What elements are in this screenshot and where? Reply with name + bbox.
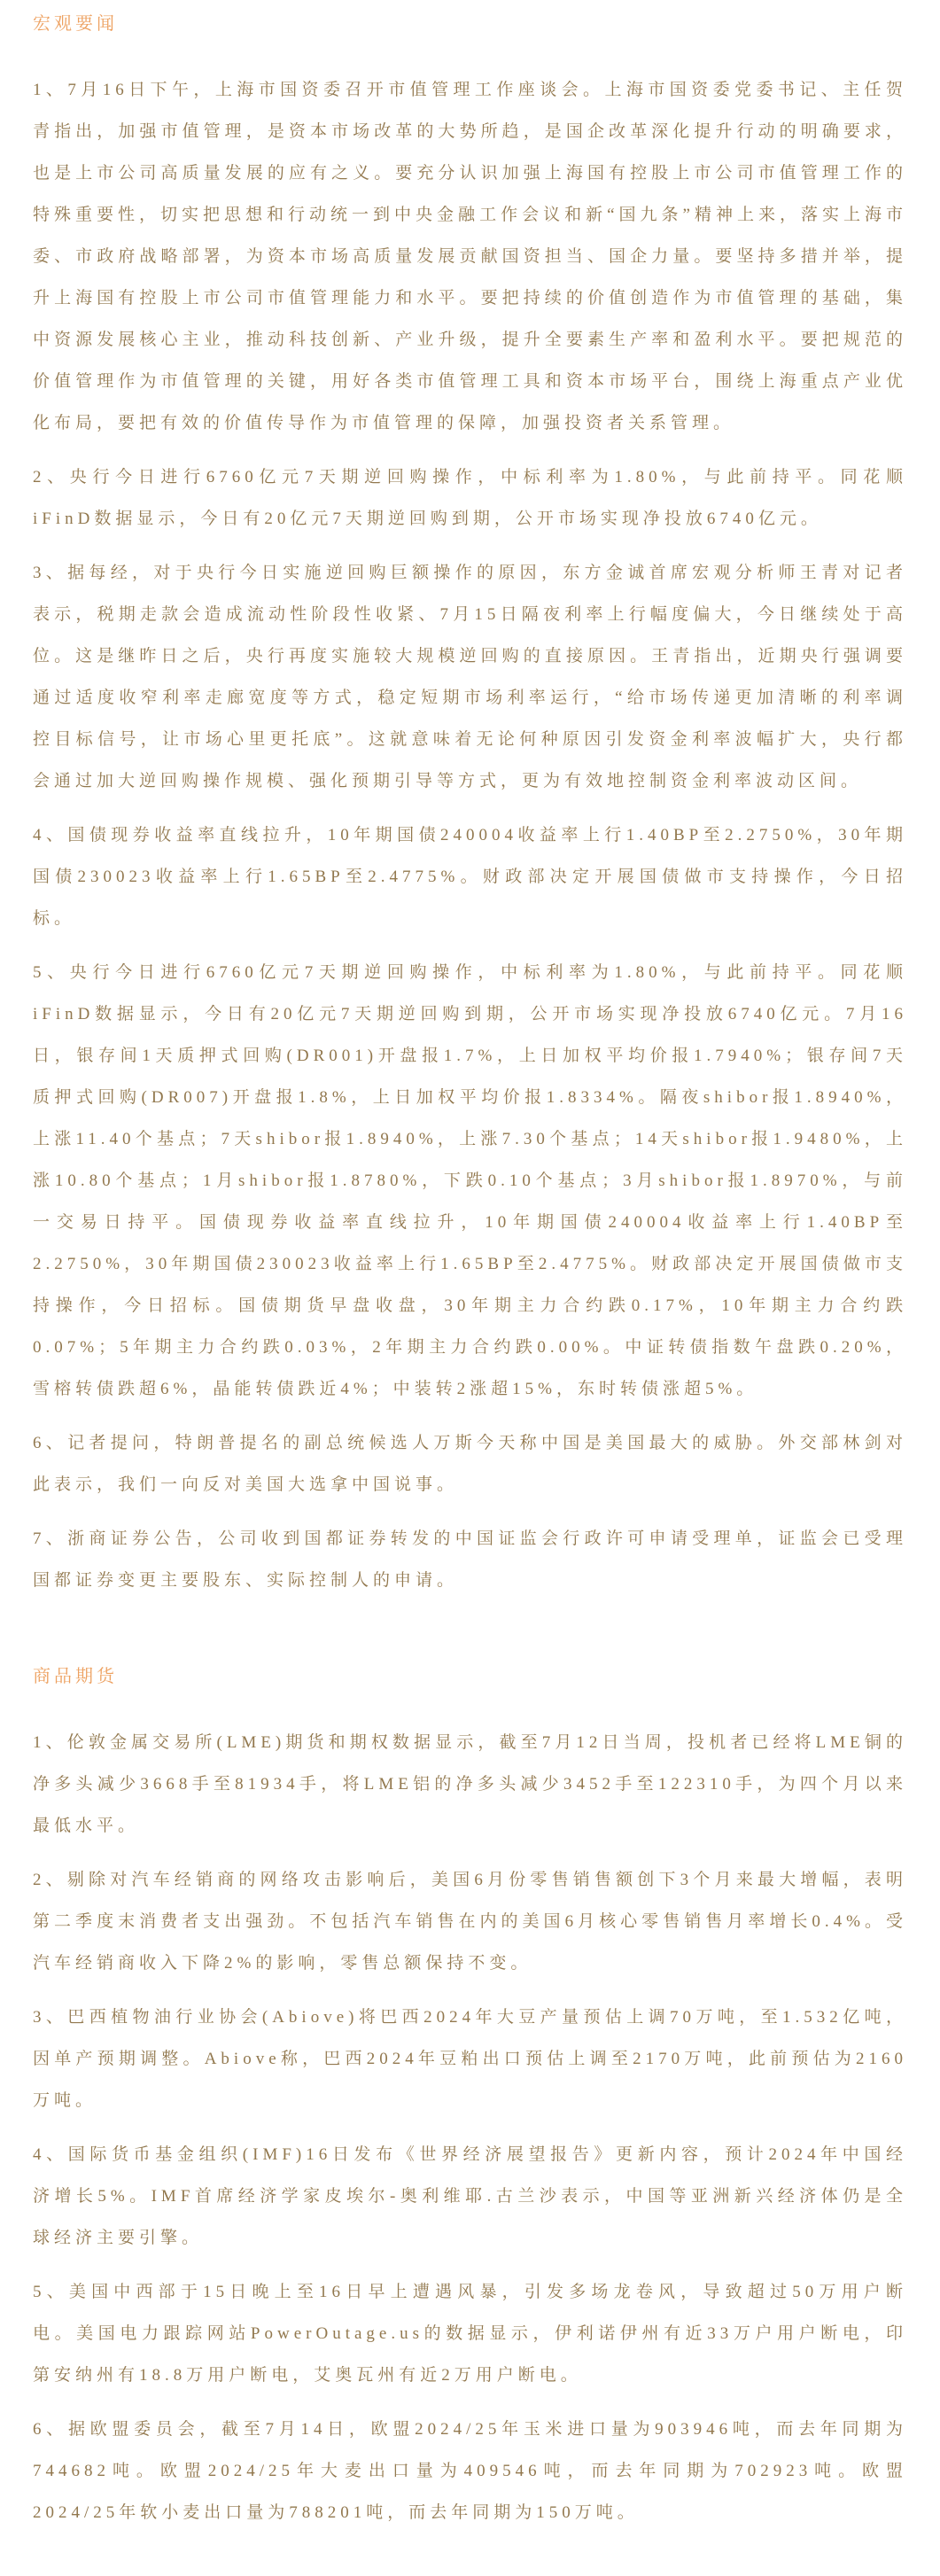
news-paragraph: 2、剔除对汽车经销商的网络攻击影响后，美国6月份零售销售额创下3个月来最大增幅，… (33, 1859, 907, 1984)
news-paragraph: 5、央行今日进行6760亿元7天期逆回购操作，中标利率为1.80%，与此前持平。… (33, 952, 907, 1410)
section-title-macro: 宏观要闻 (33, 12, 907, 35)
news-document: 宏观要闻 1、7月16日下午，上海市国资委召开市值管理工作座谈会。上海市国资委党… (0, 0, 940, 2557)
news-paragraph: 6、记者提问，特朗普提名的副总统候选人万斯今天称中国是美国最大的威胁。外交部林剑… (33, 1422, 907, 1506)
news-paragraph: 3、巴西植物油行业协会(Abiove)将巴西2024年大豆产量预估上调70万吨，… (33, 1996, 907, 2121)
news-paragraph: 1、伦敦金属交易所(LME)期货和期权数据显示，截至7月12日当周，投机者已经将… (33, 1722, 907, 1847)
news-paragraph: 6、据欧盟委员会，截至7月14日，欧盟2024/25年玉米进口量为903946吨… (33, 2409, 907, 2533)
section-macro-news: 宏观要闻 1、7月16日下午，上海市国资委召开市值管理工作座谈会。上海市国资委党… (33, 12, 907, 1601)
section-title-commodity: 商品期货 (33, 1665, 907, 1688)
section-commodity-futures: 商品期货 1、伦敦金属交易所(LME)期货和期权数据显示，截至7月12日当周，投… (33, 1665, 907, 2533)
news-paragraph: 4、国债现券收益率直线拉升，10年期国债240004收益率上行1.40BP至2.… (33, 814, 907, 939)
news-paragraph: 4、国际货币基金组织(IMF)16日发布《世界经济展望报告》更新内容，预计202… (33, 2134, 907, 2259)
news-paragraph: 2、央行今日进行6760亿元7天期逆回购操作，中标利率为1.80%，与此前持平。… (33, 456, 907, 540)
news-paragraph: 5、美国中西部于15日晚上至16日早上遭遇风暴，引发多场龙卷风，导致超过50万用… (33, 2271, 907, 2396)
news-paragraph: 7、浙商证券公告，公司收到国都证券转发的中国证监会行政许可申请受理单，证监会已受… (33, 1518, 907, 1601)
news-paragraph: 1、7月16日下午，上海市国资委召开市值管理工作座谈会。上海市国资委党委书记、主… (33, 69, 907, 444)
news-paragraph: 3、据每经，对于央行今日实施逆回购巨额操作的原因，东方金诚首席宏观分析师王青对记… (33, 552, 907, 802)
